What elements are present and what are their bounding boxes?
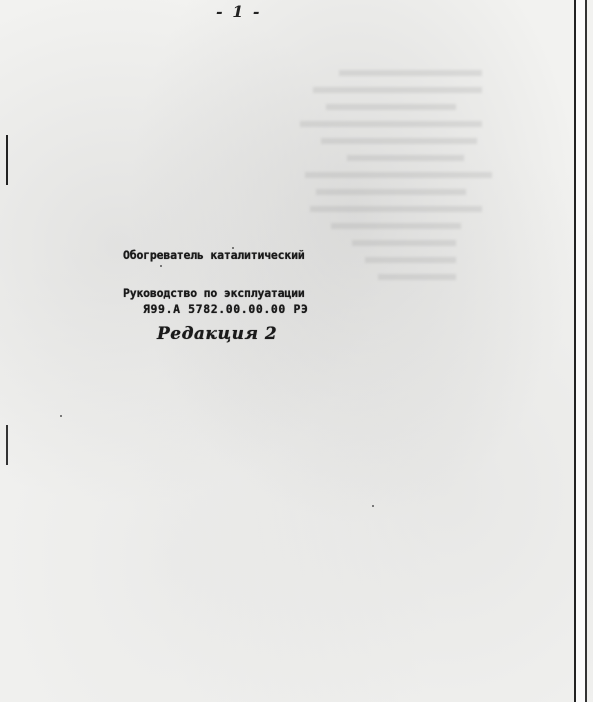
- scan-speck: [160, 265, 162, 267]
- scan-speck: [60, 415, 62, 417]
- revision-handwritten: Редакция 2: [157, 326, 277, 343]
- page-number: - 1 -: [216, 2, 262, 21]
- scan-speck: [215, 330, 217, 332]
- scan-speck: [232, 247, 234, 249]
- document-code: Я99.А 5782.00.00.00 РЭ: [143, 304, 309, 316]
- document-type: Руководство по эксплуатации: [123, 288, 305, 300]
- scanned-page: - 1 - Обогреватель каталитический Руково…: [0, 0, 593, 702]
- page-edge-line: [585, 0, 587, 702]
- bleed-through-text: [300, 70, 560, 291]
- page-edge-line: [574, 0, 576, 702]
- binding-mark: [6, 135, 8, 185]
- scan-speck: [372, 505, 374, 507]
- product-name: Обогреватель каталитический: [123, 250, 305, 262]
- binding-mark: [6, 425, 8, 465]
- page-edge-strip: [576, 0, 585, 702]
